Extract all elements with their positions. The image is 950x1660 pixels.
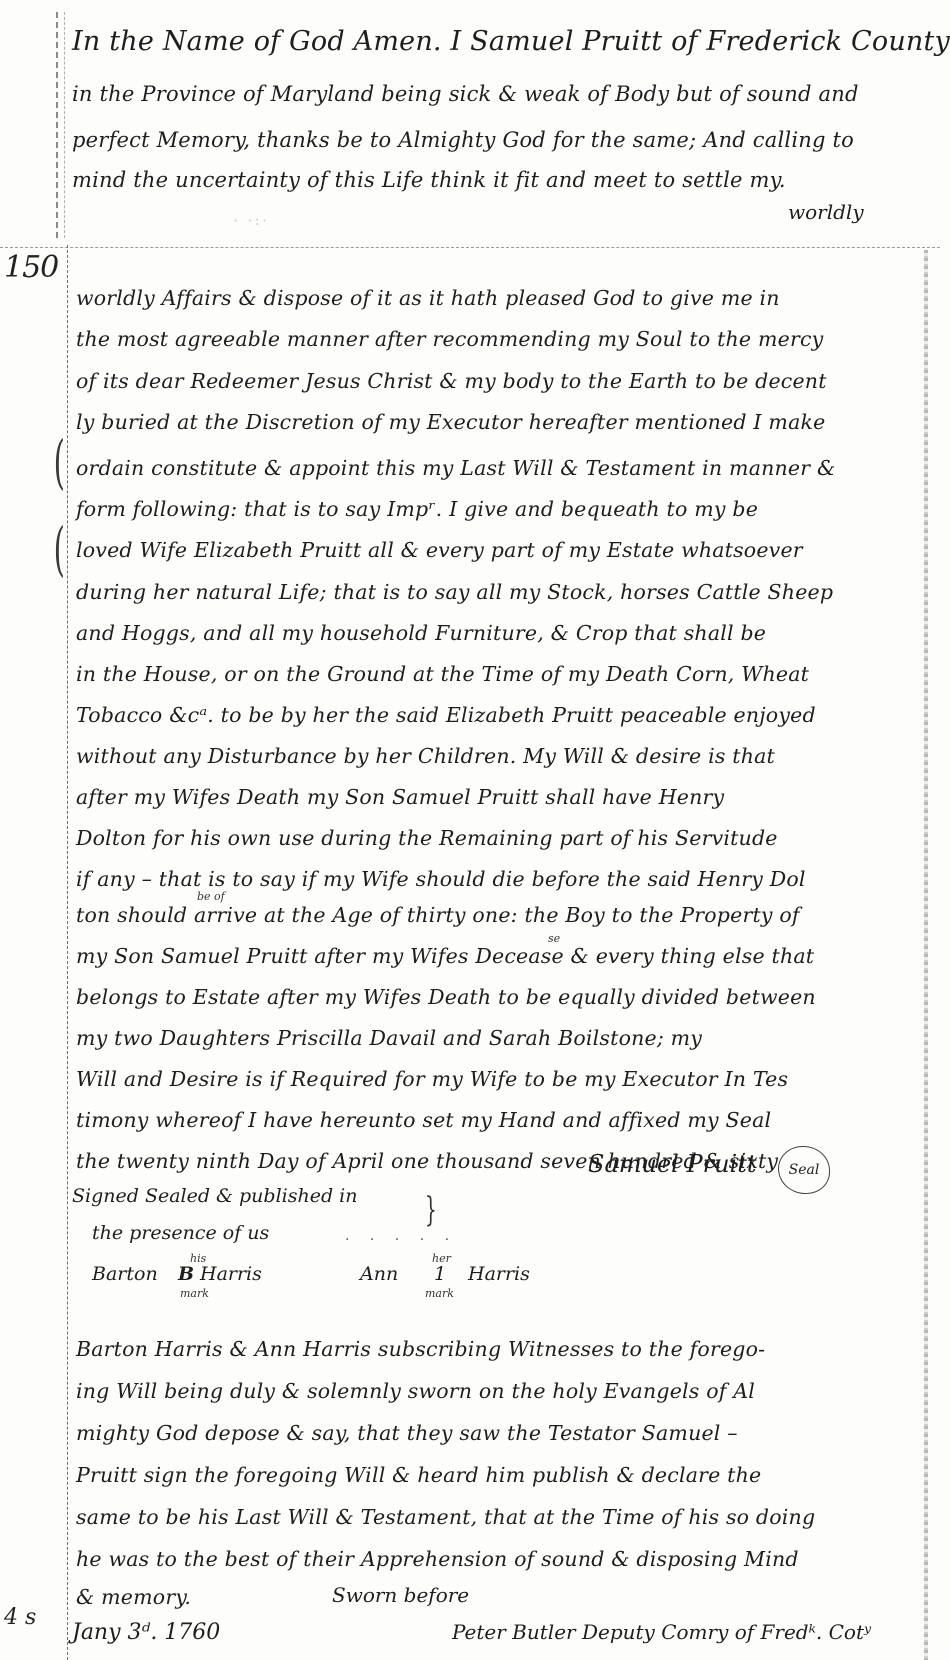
body-line-14: Dolton for his own use during the Remain… [76, 826, 778, 850]
testator-signature: Samuel Pruitt [588, 1150, 757, 1178]
body-line-20: Will and Desire is if Required for my Wi… [76, 1067, 788, 1091]
margin-bracket-2: ( [54, 515, 65, 583]
affidavit-line-6: he was to the best of their Apprehension… [76, 1547, 799, 1571]
affidavit-line-1: Barton Harris & Ann Harris subscribing W… [76, 1337, 765, 1361]
body-line-17: my Son Samuel Pruitt after my Wifes Dece… [76, 944, 814, 968]
attestation-line-2: the presence of us [92, 1222, 269, 1244]
witness2-mark: 1 [434, 1263, 446, 1285]
attestation-line-1: Signed Sealed & published in [72, 1185, 357, 1207]
affidavit-line-2: ing Will being duly & solemnly sworn on … [76, 1379, 755, 1403]
body-line-5: ordain constitute & appoint this my Last… [76, 456, 835, 480]
scan-smudge: · ·:· [232, 214, 268, 228]
scanned-page: In the Name of God Amen. I Samuel Pruitt… [0, 0, 950, 1660]
body-line-13: after my Wifes Death my Son Samuel Pruit… [76, 785, 724, 809]
top-line-4: mind the uncertainty of this Life think … [72, 168, 786, 192]
seal-label: Seal [789, 1162, 820, 1178]
body-line-2: the most agreeable manner after recommen… [76, 327, 823, 351]
body-line-7: loved Wife Elizabeth Pruitt all & every … [76, 538, 803, 562]
witness1-first-name: Barton [92, 1263, 158, 1285]
body-line-12: without any Disturbance by her Children.… [76, 744, 775, 768]
affidavit-line-5: same to be his Last Will & Testament, th… [76, 1505, 815, 1529]
body-line-15: if any – that is to say if my Wife shoul… [76, 867, 806, 891]
commissioner-signature: Peter Butler Deputy Comry of Fredᵏ. Cotʸ [452, 1620, 871, 1644]
margin-bracket-1: ( [54, 428, 65, 496]
body-line-11: Tobacco &cᵃ. to be by her the said Eliza… [76, 703, 816, 727]
interlineation-be-of: be of [197, 890, 225, 903]
witness1-mark: B [178, 1263, 194, 1285]
margin-rule [67, 245, 68, 1660]
body-line-1: worldly Affairs & dispose of it as it ha… [76, 286, 780, 310]
body-line-10: in the House, or on the Ground at the Ti… [76, 662, 809, 686]
margin-rule-top [56, 12, 58, 238]
affidavit-line-3: mighty God depose & say, that they saw t… [76, 1421, 738, 1445]
witness2-first-name: Ann [360, 1263, 398, 1285]
margin-rule-top-inner [64, 12, 65, 238]
seal-mark: Seal [778, 1146, 830, 1194]
body-line-19: my two Daughters Priscilla Davail and Sa… [76, 1026, 702, 1050]
top-line-1: In the Name of God Amen. I Samuel Pruitt… [72, 26, 950, 57]
top-line-3: perfect Memory, thanks be to Almighty Go… [72, 128, 854, 152]
attestation-dots: . . . . . [345, 1228, 457, 1244]
affidavit-date: Jany 3ᵈ. 1760 [72, 1620, 220, 1645]
top-line-2: in the Province of Maryland being sick &… [72, 82, 859, 106]
body-line-9: and Hoggs, and all my household Furnitur… [76, 621, 766, 645]
body-line-3: of its dear Redeemer Jesus Christ & my b… [76, 369, 827, 393]
page-edge [924, 250, 928, 1660]
body-line-21: timony whereof I have hereunto set my Ha… [76, 1108, 771, 1132]
page-number: 150 [4, 250, 58, 285]
body-line-8: during her natural Life; that is to say … [76, 580, 833, 604]
witness2-last-name: Harris [468, 1263, 530, 1285]
affidavit-line-4: Pruitt sign the foregoing Will & heard h… [76, 1463, 761, 1487]
body-line-4: ly buried at the Discretion of my Execut… [76, 410, 825, 434]
body-line-16: ton should arrive at the Age of thirty o… [76, 903, 800, 927]
margin-fee-note: 4 s [4, 1605, 36, 1630]
witness1-last-name: Harris [200, 1263, 262, 1285]
page-division-rule [0, 247, 940, 248]
catchword: worldly [788, 200, 864, 224]
witness1-mark-label: mark [180, 1287, 209, 1300]
sworn-before: Sworn before [332, 1583, 469, 1607]
brace: } [425, 1190, 437, 1230]
witness2-mark-label: mark [425, 1287, 454, 1300]
affidavit-line-7: & memory. [76, 1585, 191, 1609]
body-line-18: belongs to Estate after my Wifes Death t… [76, 985, 816, 1009]
body-line-6: form following: that is to say Impʳ. I g… [76, 497, 758, 521]
